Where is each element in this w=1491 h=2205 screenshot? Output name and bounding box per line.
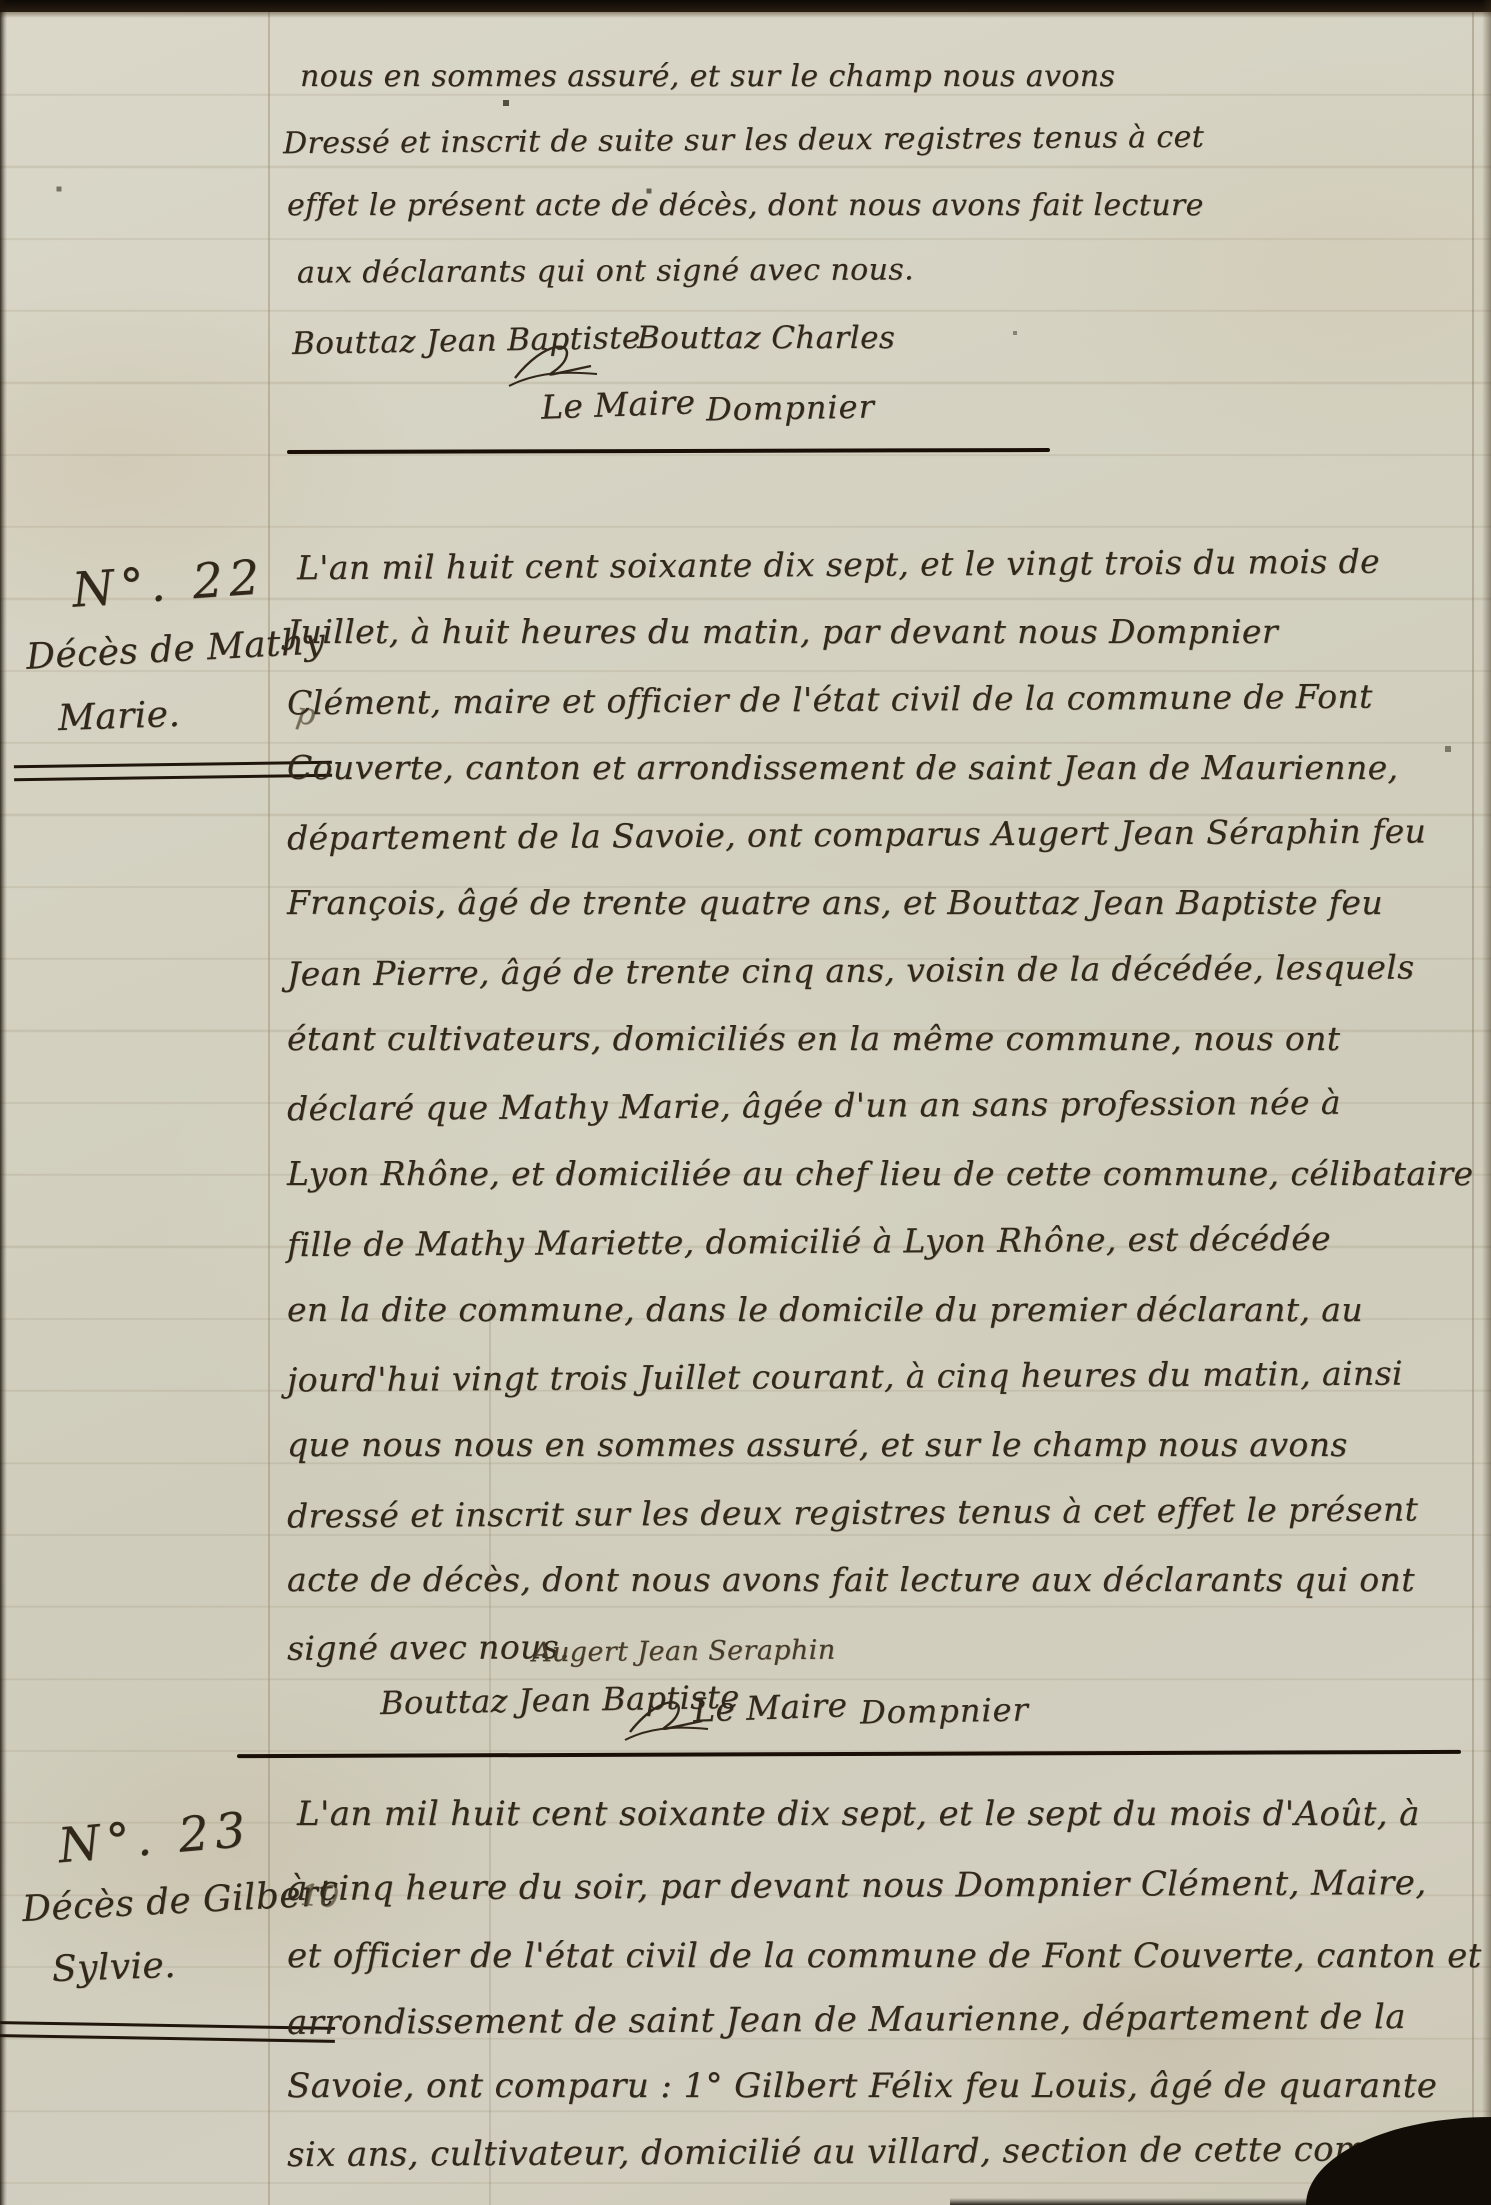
mayor-signature: Dompnier: [860, 1694, 1029, 1729]
manuscript-line: Juillet, à huit heures du matin, par dev…: [287, 615, 1278, 648]
book-edge-top: [0, 0, 1491, 12]
act-number: N°. 22: [71, 553, 267, 614]
mayor-title: Le Maire: [692, 1688, 848, 1726]
manuscript-line: jourd'hui vingt trois Juillet courant, à…: [287, 1357, 1403, 1397]
manuscript-line: dressé et inscrit sur les deux registres…: [287, 1493, 1418, 1533]
manuscript-line: à cinq heure du soir, par devant nous Do…: [287, 1866, 1427, 1906]
manuscript-line: Couverte, canton et arrondissement de sa…: [287, 751, 1398, 784]
witness-signature: Augert Jean Seraphin: [532, 1637, 836, 1667]
mayor-signature: Dompnier: [706, 391, 875, 426]
manuscript-line: nous en sommes assuré, et sur le champ n…: [300, 62, 1115, 92]
manuscript-line: Savoie, ont comparu : 1° Gilbert Félix f…: [287, 2069, 1437, 2103]
manuscript-line: aux déclarants qui ont signé avec nous.: [297, 255, 914, 288]
mayor-title: Le Maire: [540, 385, 696, 423]
manuscript-line: Lyon Rhône, et domiciliée au chef lieu d…: [287, 1157, 1473, 1190]
manuscript-line: L'an mil huit cent soixante dix sept, et…: [297, 545, 1380, 585]
act-margin-title: Marie.: [57, 697, 180, 737]
book-edge-right: [1482, 0, 1491, 2205]
manuscript-line: déclaré que Mathy Marie, âgée d'un an sa…: [287, 1086, 1341, 1125]
manuscript-line: que nous nous en sommes assuré, et sur l…: [287, 1428, 1348, 1461]
manuscript-line: signé avec nous.: [287, 1630, 570, 1665]
manuscript-line: François, âgé de trente quatre ans, et B…: [287, 886, 1383, 919]
manuscript-line: Clément, maire et officier de l'état civ…: [287, 680, 1373, 720]
manuscript-line: en la dite commune, dans le domicile du …: [287, 1293, 1363, 1326]
manuscript-line: Dressé et inscrit de suite sur les deux …: [283, 123, 1204, 159]
manuscript-line: étant cultivateurs, domiciliés en la mêm…: [287, 1022, 1340, 1055]
manuscript-line: fille de Mathy Mariette, domicilié à Lyo…: [287, 1222, 1331, 1261]
register-page: nous en sommes assuré, et sur le champ n…: [0, 0, 1491, 2205]
book-edge-top-shadow: [0, 12, 1491, 18]
page-edge-line: [1472, 0, 1474, 2205]
manuscript-line: effet le présent acte de décès, dont nou…: [287, 191, 1204, 221]
witness-signature: Bouttaz Charles: [637, 323, 895, 354]
margin-rule: [268, 0, 270, 2205]
manuscript-line: département de la Savoie, ont comparus A…: [287, 815, 1426, 855]
manuscript-line: et officier de l'état civil de la commun…: [287, 1939, 1482, 1973]
manuscript-line: L'an mil huit cent soixante dix sept, et…: [297, 1797, 1420, 1831]
book-edge-left: [0, 0, 7, 2205]
manuscript-line: six ans, cultivateur, domicilié au villa…: [287, 2132, 1476, 2172]
manuscript-line: Jean Pierre, âgé de trente cinq ans, voi…: [287, 951, 1415, 991]
signature-paraph: [505, 330, 601, 392]
manuscript-line: arrondissement de saint Jean de Maurienn…: [287, 2000, 1406, 2040]
manuscript-line: acte de décès, dont nous avons fait lect…: [287, 1563, 1415, 1596]
act-margin-title: Sylvie.: [51, 1948, 176, 1988]
